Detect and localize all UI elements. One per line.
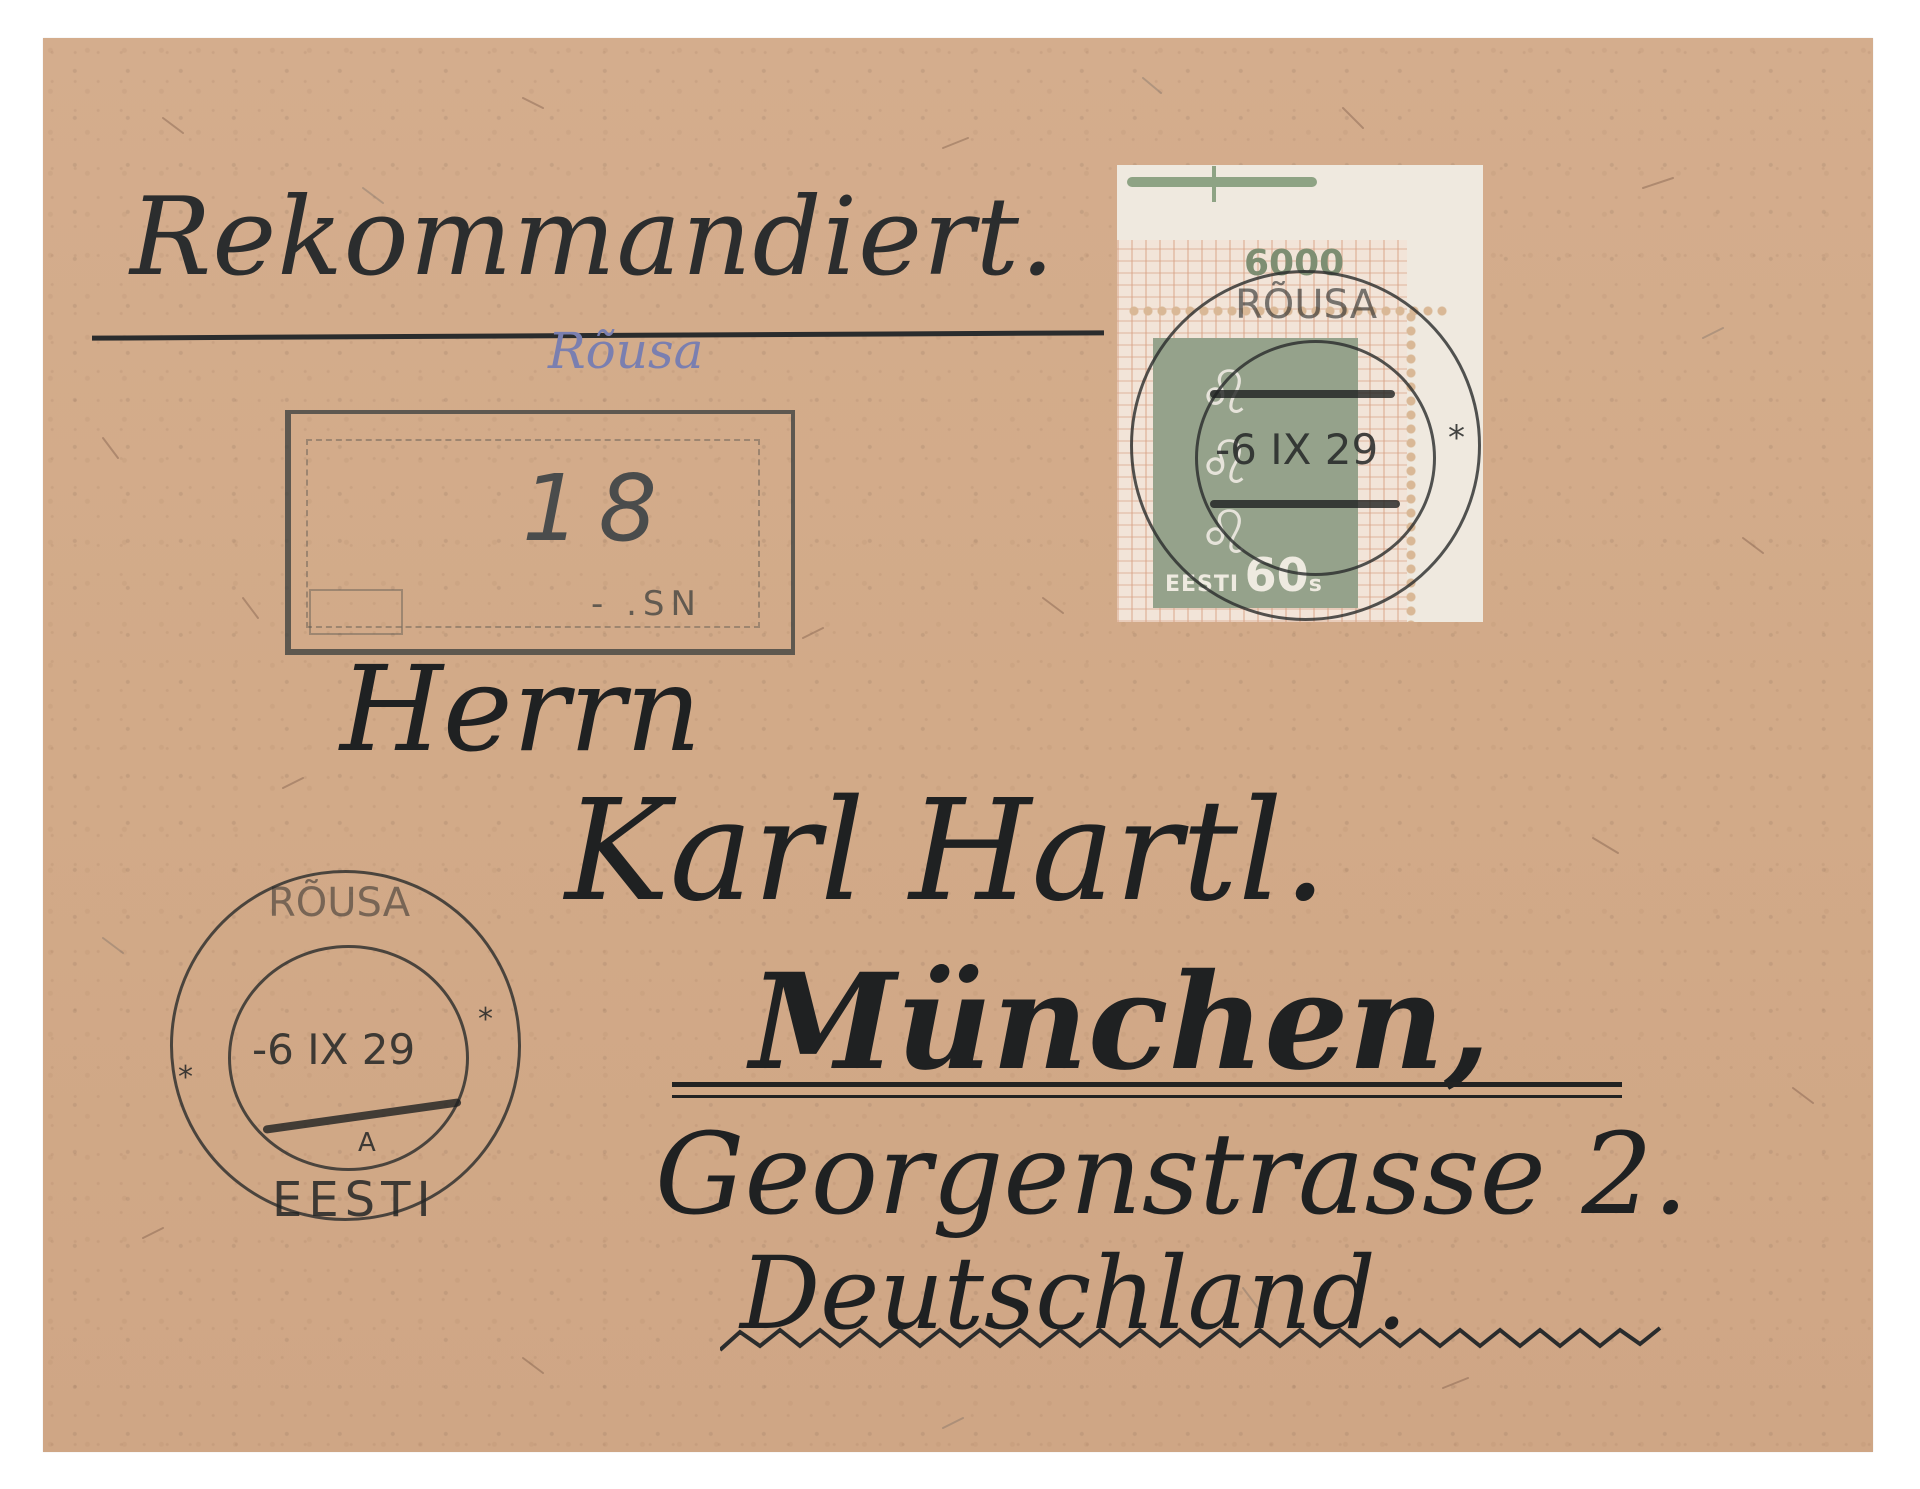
postmark-date: -6 IX 29: [252, 1025, 415, 1074]
postmark-date: -6 IX 29: [1215, 425, 1378, 474]
registration-r-box: [309, 589, 403, 635]
city-underline: [672, 1082, 1622, 1087]
postmark-town: RÕUSA: [1235, 282, 1377, 328]
postmark-bar: [1210, 390, 1395, 398]
postmark-star: *: [1448, 418, 1465, 458]
address-city: München,: [750, 945, 1490, 1100]
postmark-town: RÕUSA: [268, 880, 410, 926]
postmark-star: *: [478, 1002, 493, 1037]
registered-endorsement: Rekommandiert.: [130, 175, 1055, 300]
address-street: Georgenstrasse 2.: [655, 1110, 1688, 1240]
country-wavy-underline: [720, 1320, 1700, 1360]
postmark-country: EESTI: [272, 1172, 437, 1228]
gutter-tick: [1212, 166, 1216, 202]
registration-partial-print: - .SN: [591, 584, 702, 624]
postmark-series: A: [358, 1128, 376, 1158]
address-salutation: Herrn: [340, 640, 702, 778]
gutter-marking: [1127, 177, 1317, 187]
blue-pencil-note: Rõusa: [548, 322, 703, 380]
postmark-star: *: [178, 1060, 193, 1095]
city-underline-2: [672, 1095, 1622, 1098]
registration-number: 18: [522, 455, 675, 562]
postmark-bar: [1210, 500, 1400, 508]
address-name: Karl Hartl.: [565, 770, 1327, 933]
